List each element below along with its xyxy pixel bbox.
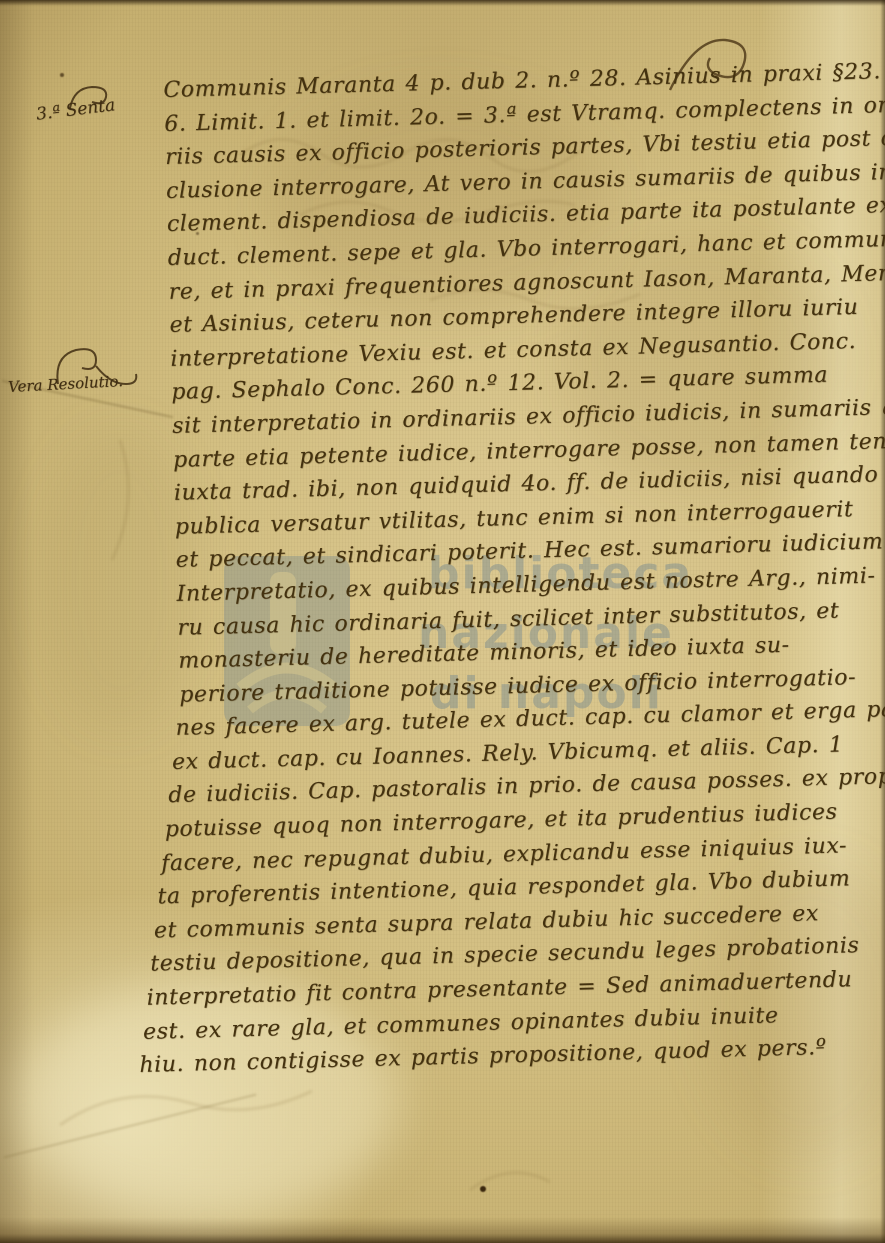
- ink-spot: [196, 232, 199, 235]
- margin-note-vera-resolutio: Vera Resolutio.: [8, 372, 124, 396]
- ink-spot: [60, 73, 64, 77]
- paper-crease: [4, 1094, 257, 1159]
- manuscript-page: 3.ª Senta Vera Resolutio. biblioteca naz…: [0, 0, 885, 1243]
- manuscript-text-block: Communis Maranta 4 p. dub 2. n.º 28. Asi…: [163, 55, 885, 1081]
- margin-note-senta: 3.ª Senta: [35, 95, 116, 125]
- ink-spot: [480, 1186, 486, 1192]
